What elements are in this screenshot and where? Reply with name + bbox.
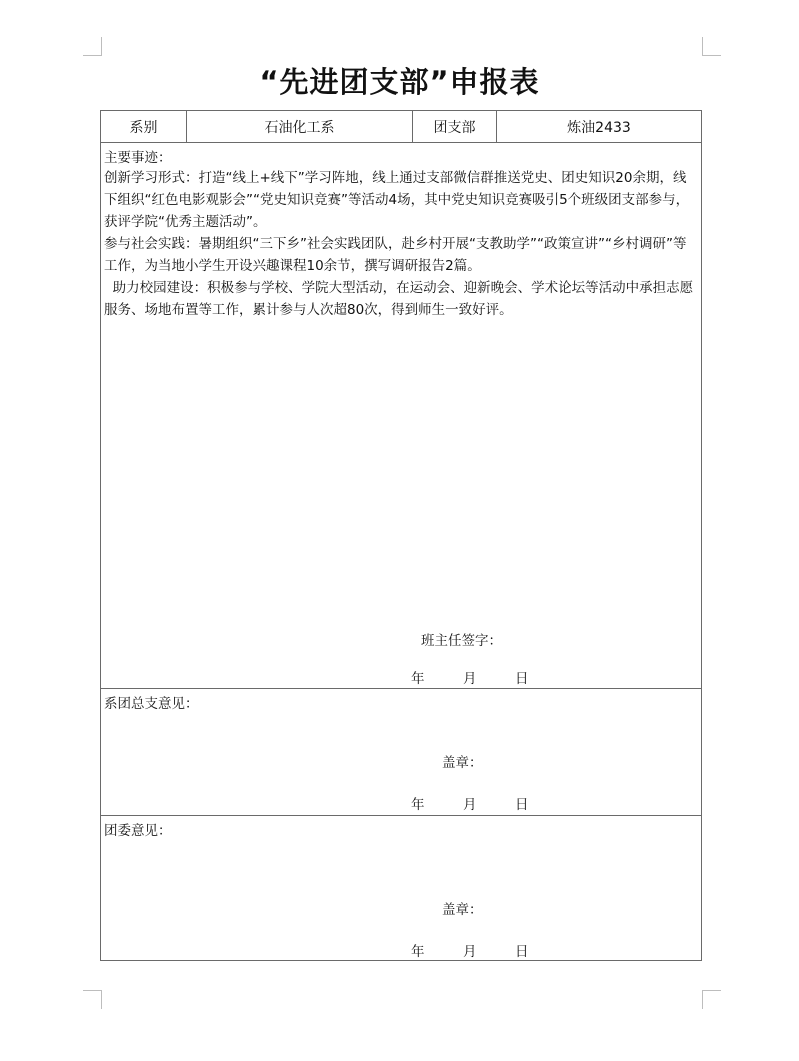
dept-value[interactable]: 石油化工系	[187, 111, 413, 142]
page-title: “先进团支部”申报表	[0, 60, 799, 101]
date-month: 月	[463, 667, 515, 687]
crop-mark-top-right	[702, 37, 721, 56]
date-month: 月	[463, 940, 515, 960]
date-year: 年	[411, 940, 463, 960]
dept-opinion-section: 系团总支意见： 盖章： 年 月 日	[101, 689, 701, 816]
application-form: 系别 石油化工系 团支部 炼油2433 主要事迹： 创新学习形式：打造“线上+线…	[100, 110, 702, 961]
form-header-row: 系别 石油化工系 团支部 炼油2433	[101, 111, 701, 143]
committee-opinion-date: 年 月 日	[411, 940, 567, 960]
dept-label: 系别	[101, 111, 187, 142]
date-day: 日	[515, 940, 567, 960]
date-day: 日	[515, 667, 567, 687]
branch-value[interactable]: 炼油2433	[497, 111, 701, 142]
branch-label: 团支部	[413, 111, 497, 142]
committee-opinion-section: 团委意见： 盖章： 年 月 日	[101, 816, 701, 960]
teacher-signature-label: 班主任签字：	[421, 629, 502, 649]
committee-seal-label: 盖章：	[442, 898, 483, 918]
achievement-paragraph: 创新学习形式：打造“线上+线下”学习阵地，线上通过支部微信群推送党史、团史知识2…	[104, 167, 697, 233]
date-year: 年	[411, 793, 463, 813]
dept-seal-label: 盖章：	[442, 751, 483, 771]
dept-opinion-label: 系团总支意见：	[104, 692, 199, 712]
achievements-section: 主要事迹： 创新学习形式：打造“线上+线下”学习阵地，线上通过支部微信群推送党史…	[101, 143, 701, 689]
achievements-label: 主要事迹：	[104, 146, 172, 166]
signature-date: 年 月 日	[411, 667, 567, 687]
achievement-paragraph: 参与社会实践：暑期组织“三下乡”社会实践团队，赴乡村开展“支教助学”“政策宣讲”…	[104, 233, 697, 277]
achievement-paragraph: 助力校园建设：积极参与学校、学院大型活动，在运动会、迎新晚会、学术论坛等活动中承…	[104, 277, 697, 321]
committee-opinion-label: 团委意见：	[104, 819, 172, 839]
crop-mark-bottom-right	[702, 990, 721, 1009]
date-day: 日	[515, 793, 567, 813]
dept-opinion-date: 年 月 日	[411, 793, 567, 813]
date-year: 年	[411, 667, 463, 687]
crop-mark-bottom-left	[83, 990, 102, 1009]
date-month: 月	[463, 793, 515, 813]
achievements-text[interactable]: 创新学习形式：打造“线上+线下”学习阵地，线上通过支部微信群推送党史、团史知识2…	[104, 167, 697, 321]
crop-mark-top-left	[83, 37, 102, 56]
